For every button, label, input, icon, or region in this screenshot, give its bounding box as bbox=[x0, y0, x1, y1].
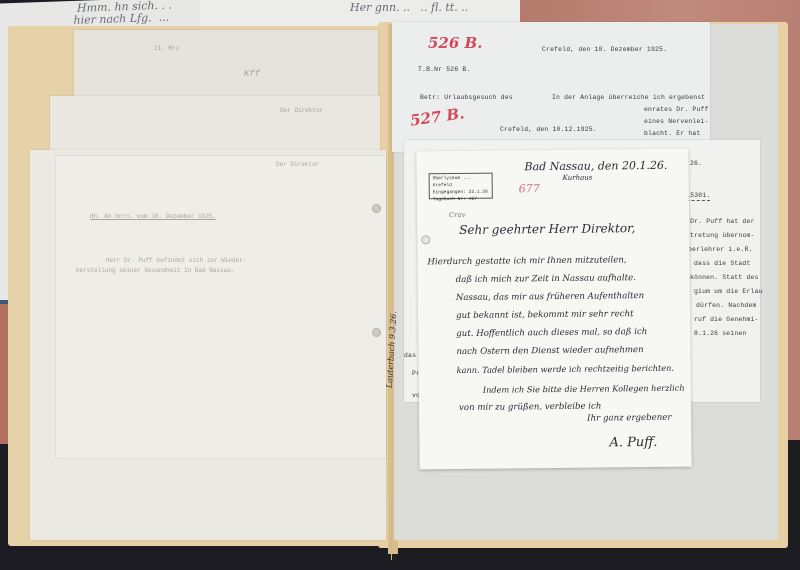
pencil-note: Crav bbox=[449, 211, 466, 219]
punch-hole bbox=[372, 328, 381, 337]
background-script-top: Her gnn. .. .. fl. tt. .. bbox=[350, 2, 468, 14]
letter-line: daß ich mich zur Zeit in Nassau aufhalte… bbox=[456, 273, 636, 285]
stamp-line-3: Tagebuch Nr: 427 bbox=[433, 196, 489, 204]
margin-fragment: das bbox=[404, 352, 416, 360]
left-body-line-2: herstellung seiner Gesundheit in Bad Nas… bbox=[76, 266, 234, 275]
letter-body-1: In der Anlage überreiche ich ergebenst bbox=[552, 94, 705, 102]
letter-line: Nassau, das mir aus früheren Aufenthalte… bbox=[456, 291, 644, 303]
letter-salutation: Sehr geehrter Herr Direktor, bbox=[459, 221, 635, 237]
file-reference: T.B.Nr 526 B. bbox=[418, 66, 470, 74]
letter-date-line: Crefeld, den 10. Dezember 1925. bbox=[542, 46, 667, 54]
letter-line: kann. Tadel bleiben werde ich rechtzeiti… bbox=[457, 363, 674, 375]
letter-line: Indem ich Sie bitte die Herren Kollegen … bbox=[483, 383, 685, 395]
date-annotation: Kurhaus bbox=[563, 174, 593, 182]
letter-line: Hierdurch gestatte ich mir Ihnen mitzute… bbox=[427, 255, 626, 267]
letter2-line: rtretung übernom- bbox=[686, 232, 755, 240]
letter2-line: können. Statt des bbox=[690, 274, 759, 282]
letter-signature: A. Puff. bbox=[609, 435, 657, 451]
letter-body-4: blacht. Er hat bbox=[644, 130, 701, 138]
letter2-line: gium um die Erlau bbox=[694, 288, 763, 296]
left-heading-2: Der Direktor bbox=[276, 160, 319, 169]
year-fragment: 26. bbox=[690, 160, 702, 168]
letter-body-2: enrates Dr. Puff bbox=[644, 106, 709, 114]
letter-line: gut. Hoffentlich auch dieses mal, so daß… bbox=[456, 327, 647, 339]
punch-hole bbox=[372, 204, 381, 213]
receipt-stamp: Oberlyzeum ... Krefeld Eingegangen: 22.1… bbox=[429, 173, 493, 200]
letter2-date-line: Crefeld, den 10.12.1925. bbox=[500, 126, 597, 134]
stamp-line-1: Oberlyzeum ... Krefeld bbox=[433, 175, 489, 190]
letter-line: nach Ostern den Dienst wieder aufnehmen bbox=[456, 345, 643, 357]
left-underlined-line: Hh. An Hrrn. vom 10. Dezember 1925. bbox=[90, 212, 216, 221]
letter2-line: dürfen. Nachdem bbox=[696, 302, 757, 310]
letter-body-3: eines Nervenlei- bbox=[644, 118, 709, 126]
letter-line: gut bekannt ist, bekommt mir sehr recht bbox=[456, 309, 634, 321]
letter-line: von mir zu grüßen, verbleibe ich bbox=[459, 402, 601, 413]
letter2-line: ruf die Genehmi- bbox=[694, 316, 759, 324]
letter2-line: 8.1.26 seinen bbox=[694, 330, 746, 338]
left-page-front: Der Direktor Hh. An Hrrn. vom 10. Dezemb… bbox=[56, 156, 386, 458]
red-reference-526: 526 B. bbox=[428, 34, 482, 52]
left-body-line-1: Herr Dr. Puff befindet sich zur Wieder- bbox=[106, 256, 246, 265]
left-heading-1: Der Direktor bbox=[280, 106, 323, 115]
letter-closing: Ihr ganz ergebener bbox=[587, 413, 671, 424]
left-page-number: 21. Mrz bbox=[154, 44, 179, 53]
letter-place-date: Bad Nassau, den 20.1.26. bbox=[524, 159, 667, 173]
letter2-line: t Dr. Puff hat der bbox=[682, 218, 755, 226]
binding-string bbox=[391, 500, 392, 560]
handwritten-letter: Bad Nassau, den 20.1.26. Kurhaus Oberlyz… bbox=[416, 149, 691, 470]
letter-subject: Betr: Urlaubsgesuch des bbox=[420, 94, 513, 102]
letter2-line: dass die Stadt bbox=[694, 260, 751, 268]
left-page-initial: Kff bbox=[244, 70, 260, 79]
punch-hole bbox=[421, 235, 430, 244]
red-number-677: 677 bbox=[519, 182, 540, 195]
letter2-line: berlehrer i.e.R. bbox=[688, 246, 753, 254]
